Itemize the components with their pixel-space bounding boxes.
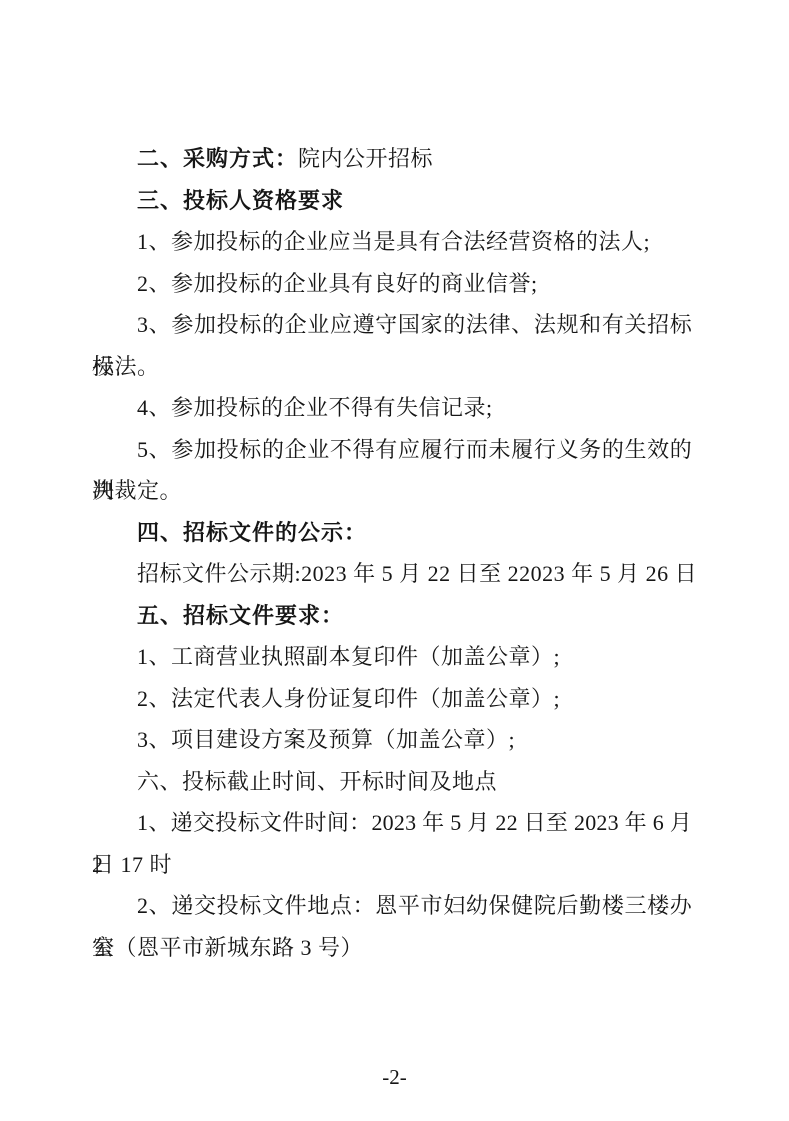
submit-place-line2: 室（恩平市新城东路 3 号） [92, 927, 692, 969]
submit-place-line1: 2、递交投标文件地点：恩平市妇幼保健院后勤楼三楼办公 [92, 885, 692, 927]
heading-bidder-qualifications: 三、投标人资格要求 [92, 180, 692, 222]
requirement-item-3: 3、项目建设方案及预算（加盖公章）; [92, 719, 692, 761]
document-page: 二、采购方式：院内公开招标 三、投标人资格要求 1、参加投标的企业应当是具有合法… [0, 0, 789, 1121]
requirement-item-1: 1、工商营业执照副本复印件（加盖公章）; [92, 636, 692, 678]
procurement-method-label: 二、采购方式： [137, 146, 298, 171]
heading-document-requirements: 五、招标文件要求： [92, 595, 692, 637]
heading-document-publicity: 四、招标文件的公示： [92, 512, 692, 554]
submit-time-line1: 1、递交投标文件时间：2023 年 5 月 22 日至 2023 年 6 月 2 [92, 802, 692, 844]
qualification-item-2: 2、参加投标的企业具有良好的商业信誉; [92, 263, 692, 305]
document-body: 二、采购方式：院内公开招标 三、投标人资格要求 1、参加投标的企业应当是具有合法… [92, 138, 692, 968]
qualification-item-5-line2: 决裁定。 [92, 470, 692, 512]
procurement-method-value: 院内公开招标 [298, 146, 433, 171]
page-number: -2- [0, 1065, 789, 1090]
heading-bid-deadline: 六、投标截止时间、开标时间及地点 [92, 761, 692, 803]
qualification-item-1: 1、参加投标的企业应当是具有合法经营资格的法人; [92, 221, 692, 263]
requirement-item-2: 2、法定代表人身份证复印件（加盖公章）; [92, 678, 692, 720]
submit-time-line2: 日 17 时 [92, 844, 692, 886]
publicity-period: 招标文件公示期:2023 年 5 月 22 日至 22023 年 5 月 26 … [92, 553, 692, 595]
qualification-item-3-line2: 标法。 [92, 346, 692, 388]
line-procurement-method: 二、采购方式：院内公开招标 [92, 138, 692, 180]
qualification-item-3-line1: 3、参加投标的企业应遵守国家的法律、法规和有关招标投 [92, 304, 692, 346]
qualification-item-5-line1: 5、参加投标的企业不得有应履行而未履行义务的生效的判 [92, 429, 692, 471]
qualification-item-4: 4、参加投标的企业不得有失信记录; [92, 387, 692, 429]
